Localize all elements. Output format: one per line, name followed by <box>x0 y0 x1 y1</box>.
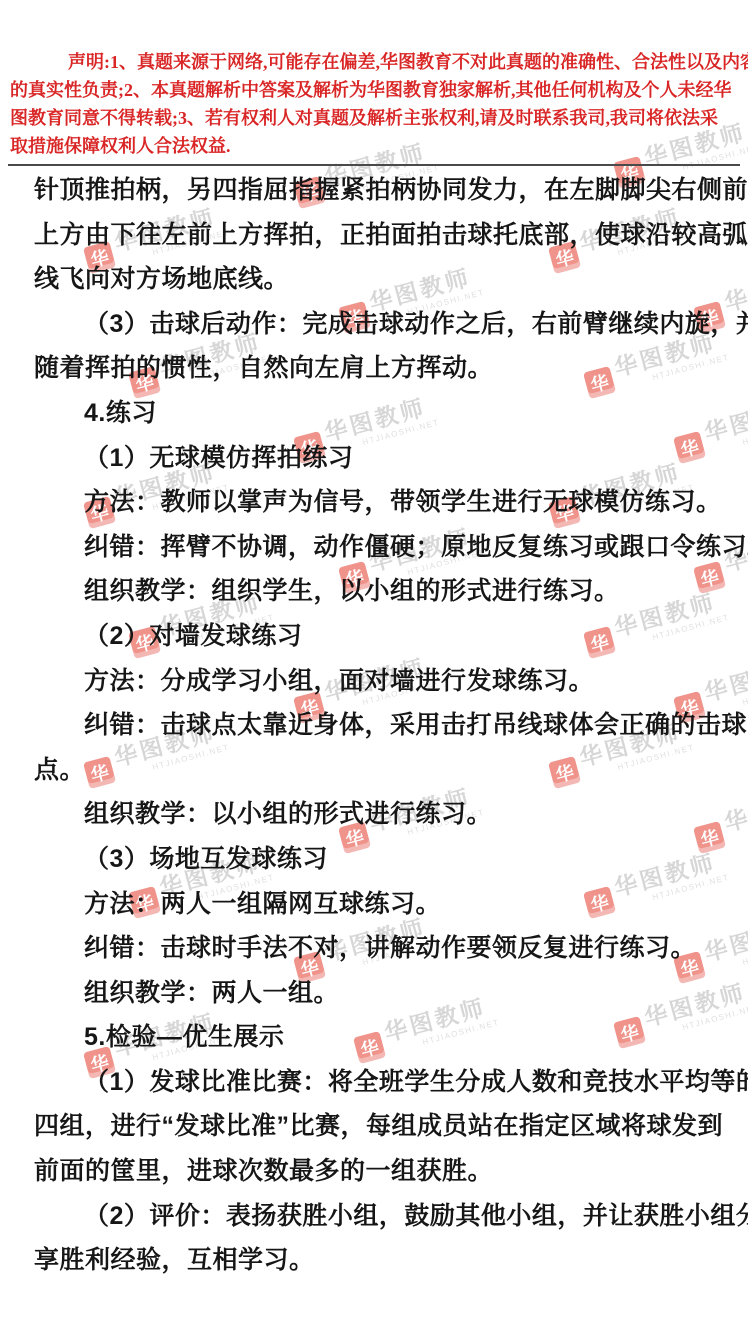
paragraph: 方法：教师以掌声为信号，带领学生进行无球模仿练习。 <box>34 480 742 525</box>
text-line: 5.检验—优生展示 <box>34 1015 742 1060</box>
text-line: （2）对墙发球练习 <box>34 614 742 659</box>
text-line: 四组，进行“发球比准”比赛，每组成员站在指定区域将球发到 <box>34 1104 742 1149</box>
text-line: 前面的筐里，进球次数最多的一组获胜。 <box>34 1149 742 1194</box>
text-line: 纠错：击球时手法不对，讲解动作要领反复进行练习。 <box>34 926 742 971</box>
paragraph: 5.检验—优生展示 <box>34 1015 742 1060</box>
paragraph: （3）击球后动作：完成击球动作之后，右前臂继续内旋，并随着挥拍的惯性，自然向左肩… <box>34 302 742 391</box>
text-line: （1）发球比准比赛：将全班学生分成人数和竞技水平均等的 <box>34 1060 742 1105</box>
disclaimer-notice: 声明:1、真题来源于网络,可能存在偏差,华图教育不对此真题的准确性、合法性以及内… <box>10 48 738 160</box>
paragraph: （2）对墙发球练习 <box>34 614 742 659</box>
text-line: 点。 <box>34 748 742 793</box>
text-line: 方法：两人一组隔网互球练习。 <box>34 882 742 927</box>
text-line: （2）评价：表扬获胜小组，鼓励其他小组，并让获胜小组分 <box>34 1194 742 1239</box>
disclaimer-text: 1、真题来源于网络,可能存在偏差,华图教育不对此真题的准确性、合法性以及内容 <box>110 52 748 72</box>
text-line: 4.练习 <box>34 391 742 436</box>
disclaimer-label: 声明: <box>68 52 110 72</box>
text-line: （3）击球后动作：完成击球动作之后，右前臂继续内旋，并 <box>34 302 742 347</box>
text-line: 线飞向对方场地底线。 <box>34 257 742 302</box>
disclaimer-line: 声明:1、真题来源于网络,可能存在偏差,华图教育不对此真题的准确性、合法性以及内… <box>10 48 738 76</box>
text-line: 随着挥拍的惯性，自然向左肩上方挥动。 <box>34 346 742 391</box>
text-line: 纠错：击球点太靠近身体，采用击打吊线球体会正确的击球 <box>34 703 742 748</box>
paragraph: 组织教学：两人一组。 <box>34 971 742 1016</box>
text-line: 组织教学：以小组的形式进行练习。 <box>34 792 742 837</box>
paragraph: 组织教学：组织学生，以小组的形式进行练习。 <box>34 569 742 614</box>
paragraph: 针顶推拍柄，另四指屈指握紧拍柄协同发力，在左脚脚尖右侧前上方由下往左前上方挥拍，… <box>34 168 742 302</box>
text-line: （3）场地互发球练习 <box>34 837 742 882</box>
paragraph: （1）发球比准比赛：将全班学生分成人数和竞技水平均等的四组，进行“发球比准”比赛… <box>34 1060 742 1194</box>
paragraph: 组织教学：以小组的形式进行练习。 <box>34 792 742 837</box>
paragraph: （3）场地互发球练习 <box>34 837 742 882</box>
text-line: 上方由下往左前上方挥拍，正拍面拍击球托底部，使球沿较高弧 <box>34 213 742 258</box>
text-line: 纠错：挥臂不协调，动作僵硬；原地反复练习或跟口令练习。 <box>34 525 742 570</box>
text-line: 针顶推拍柄，另四指屈指握紧拍柄协同发力，在左脚脚尖右侧前 <box>34 168 742 213</box>
disclaimer-line: 取措施保障权利人合法权益. <box>10 132 738 160</box>
paragraph: （2）评价：表扬获胜小组，鼓励其他小组，并让获胜小组分享胜利经验，互相学习。 <box>34 1194 742 1283</box>
text-line: 方法：教师以掌声为信号，带领学生进行无球模仿练习。 <box>34 480 742 525</box>
paragraph: 纠错：击球点太靠近身体，采用击打吊线球体会正确的击球点。 <box>34 703 742 792</box>
paragraph: 4.练习 <box>34 391 742 436</box>
disclaimer-line: 图教育同意不得转载;3、若有权利人对真题及解析主张权利,请及时联系我司,我司将依… <box>10 104 738 132</box>
paragraph: 方法：两人一组隔网互球练习。 <box>34 882 742 927</box>
paragraph: （1）无球模仿挥拍练习 <box>34 436 742 481</box>
text-line: 享胜利经验，互相学习。 <box>34 1238 742 1283</box>
section-divider <box>8 164 740 166</box>
text-line: 组织教学：组织学生，以小组的形式进行练习。 <box>34 569 742 614</box>
paragraph: 纠错：挥臂不协调，动作僵硬；原地反复练习或跟口令练习。 <box>34 525 742 570</box>
document-body: 针顶推拍柄，另四指屈指握紧拍柄协同发力，在左脚脚尖右侧前上方由下往左前上方挥拍，… <box>34 168 742 1283</box>
disclaimer-line: 的真实性负责;2、本真题解析中答案及解析为华图教育独家解析,其他任何机构及个人未… <box>10 76 738 104</box>
paragraph: 方法：分成学习小组，面对墙进行发球练习。 <box>34 659 742 704</box>
text-line: （1）无球模仿挥拍练习 <box>34 436 742 481</box>
text-line: 组织教学：两人一组。 <box>34 971 742 1016</box>
paragraph: 纠错：击球时手法不对，讲解动作要领反复进行练习。 <box>34 926 742 971</box>
text-line: 方法：分成学习小组，面对墙进行发球练习。 <box>34 659 742 704</box>
